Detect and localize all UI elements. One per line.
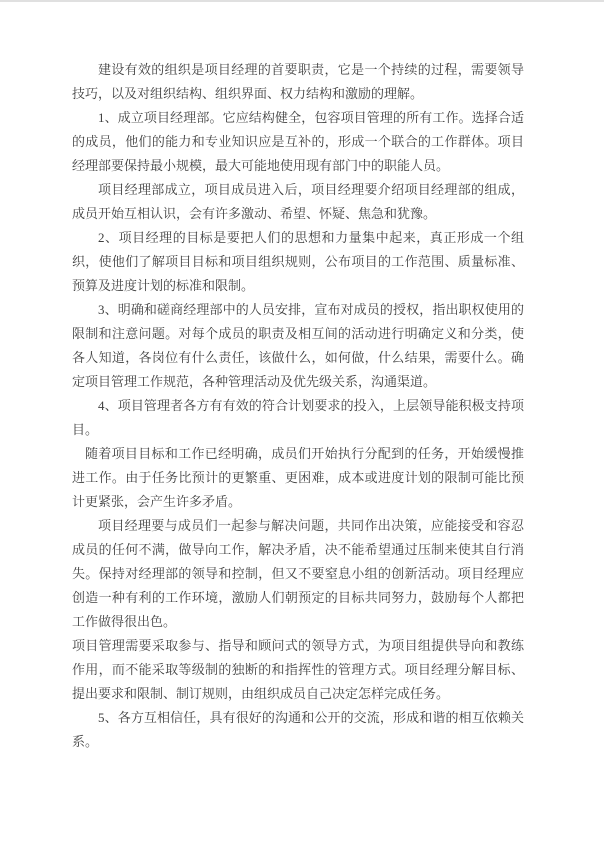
window-top-edge (0, 0, 604, 2)
paragraph: 随着项目目标和工作已经明确，成员们开始执行分配到的任务，开始缓慢推进工作。由于任… (72, 442, 524, 514)
document-viewport: 建设有效的组织是项目经理的首要职责，它是一个持续的过程，需要领导技巧，以及对组织… (0, 0, 604, 843)
document-page: 建设有效的组织是项目经理的首要职责，它是一个持续的过程，需要领导技巧，以及对组织… (0, 0, 604, 843)
paragraph: 5、各方互相信任，具有很好的沟通和公开的交流，形成和谐的相互依赖关系。 (72, 706, 524, 754)
paragraph: 2、项目经理的目标是要把人们的思想和力量集中起来，真正形成一个组织，使他们了解项… (72, 226, 524, 298)
paragraph: 项目管理需要采取参与、指导和顾问式的领导方式，为项目组提供导向和教练作用，而不能… (72, 634, 524, 706)
paragraph: 4、项目管理者各方有有效的符合计划要求的投入，上层领导能积极支持项目。 (72, 394, 524, 442)
paragraph: 项目经理部成立，项目成员进入后，项目经理要介绍项目经理部的组成，成员开始互相认识… (72, 178, 524, 226)
paragraph: 1、成立项目经理部。它应结构健全，包容项目管理的所有工作。选择合适的成员，他们的… (72, 106, 524, 178)
paragraph: 建设有效的组织是项目经理的首要职责，它是一个持续的过程，需要领导技巧，以及对组织… (72, 58, 524, 106)
paragraph: 项目经理要与成员们一起参与解决问题，共同作出决策，应能接受和容忍成员的任何不满，… (72, 514, 524, 634)
paragraph: 3、明确和磋商经理部中的人员安排，宣布对成员的授权，指出职权使用的限制和注意问题… (72, 298, 524, 394)
